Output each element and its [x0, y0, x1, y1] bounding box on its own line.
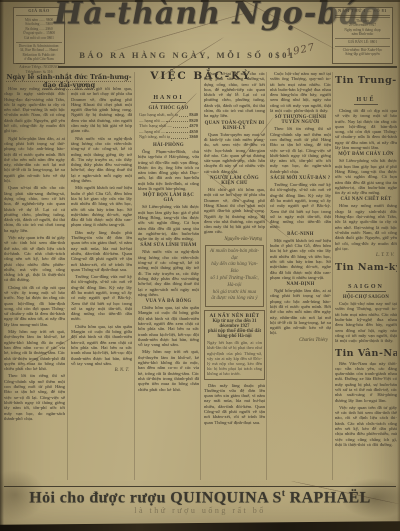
news-subhead: HỘI-CHỢ SAIGON — [335, 295, 397, 300]
column-3: HANOIGIÁ THÓC GẠOGạo hạng nhất, mỗi tạ8$… — [138, 85, 199, 482]
body-paragraph: Một người khách trú mở hiệu buôn ở phố C… — [71, 185, 132, 227]
section-header: Tin Trung-kỳ — [335, 75, 397, 86]
body-paragraph: Chúng tôi đã có dịp nói qua về việc ấy t… — [4, 285, 65, 327]
column-1: Hôm nay mồng mười tháng chạp là ngày sin… — [4, 86, 65, 482]
issue-box: NĂM THỨ I — SỐ 81 Thứ năm29 Décembre 192… — [332, 7, 393, 64]
column-rule — [67, 72, 68, 480]
news-subhead: CÁI NẠN CHẾT RÉT — [335, 197, 397, 202]
body-paragraph: Nghĩ bổn-phận làm dân, ai ai cũng phải b… — [4, 136, 65, 184]
news-subhead: HẢI-PHÒNG — [138, 143, 199, 148]
body-paragraph: Theo lời tin riêng thì sở Công-chánh sắp… — [270, 126, 331, 174]
body-paragraph: Nghĩ bổn-phận làm dân, ai ai cũng phải b… — [270, 288, 331, 336]
section-header: Tin Nam-kỳ — [335, 262, 397, 273]
ad-banner-subtext: là thứ rượu uống rất bổ — [2, 506, 398, 515]
body-paragraph: Cuộc hội-chợ năm nay mở tại vườn ông Thư… — [335, 301, 397, 343]
print-lines: GIÁ BÁN LẺ: 0$01 — [335, 38, 390, 46]
body-paragraph: Hôm nay mồng mười tháng chạp là ngày sin… — [335, 203, 397, 251]
banner-text-left: Hỏi cho được rượu QUINQUINA S — [29, 489, 282, 506]
column-5: Cuộc hội-chợ năm nay mở tại vườn ông Thư… — [270, 71, 331, 482]
news-subhead: MỘT BỌN LÀM BẠC GIẢ — [138, 193, 199, 203]
body-paragraph: Nhà nước vừa ra nghị-định tăng lương cho… — [138, 249, 199, 297]
scan-edge-bottom — [0, 521, 400, 531]
news-subhead: GIÁ THÓC GẠO — [138, 106, 199, 111]
page-body: Ngày lễ sinh-nhật đức Trần-hưng-đạo đại-… — [3, 70, 397, 484]
body-paragraph: Bên Vân-Nam dạo này thời-cục vẫn chưa yê… — [335, 361, 397, 403]
place-subhead: SAIGON — [335, 275, 397, 293]
publisher-lines: Chủ-nhiệm: Bùi-Xuân-HọcSáng-lập giữ bản-… — [335, 46, 390, 58]
news-subhead: SẮM SỬA LÍNH THÁM — [138, 243, 199, 248]
column-rule — [134, 72, 135, 480]
place-subhead: HUẾ — [335, 88, 397, 106]
news-subhead: BẮC-NINH — [270, 232, 331, 237]
banner-text-right: RAPHAËL — [285, 489, 370, 506]
issue-number: NĂM THỨ I — SỐ 81 — [335, 9, 390, 16]
body-paragraph: Theo lời tin riêng thì sở Công-chánh sắp… — [4, 373, 65, 421]
body-paragraph: Việc này quan trên đã tư giấy về các tỉn… — [335, 405, 397, 447]
column-2: Hồi chín giờ tối hôm qua, một cái xe hơi… — [71, 86, 132, 482]
news-subhead: SÁCH MỚI XUẤT-BẢN ? — [270, 176, 331, 181]
body-paragraph: Chúng tôi đã có dịp nói qua về việc ấy t… — [335, 108, 397, 150]
signature: Charles Thiéry — [270, 338, 328, 343]
body-paragraph: Mấy hôm nay trời rét quá, thợ-thuyền làm… — [4, 329, 65, 371]
place-subhead: HANOI — [138, 86, 199, 104]
masthead-line: năm Đinh-mão — [335, 32, 390, 37]
body-paragraph: Sở Liêm-phóng vừa bắt được một bọn làm g… — [138, 204, 199, 241]
body-paragraph: Trường Cao-đẳng vừa mở kỳ thi tốt-nghiệp… — [270, 182, 331, 230]
body-paragraph: Một người khách trú mở hiệu buôn ở phố C… — [270, 238, 331, 280]
admin-lines: Direction & Administration:34, Rue Richa… — [16, 42, 62, 63]
body-paragraph: Trường Cao-đẳng vừa mở kỳ thi tốt-nghiệp… — [71, 274, 132, 322]
body-paragraph: Hồi chín giờ tối hôm qua, một cái xe hơi… — [71, 86, 132, 134]
ad-box: Ai muốn buôn-bán phát-đạthãy đến cửa hàn… — [205, 245, 264, 307]
notice-box: AI NẤY NÊN BIẾTKíp từ nay cho đến 31 déc… — [204, 310, 265, 379]
body-paragraph: Cuộc hội-chợ năm nay mở tại vườn ông Thư… — [270, 71, 331, 113]
body-paragraph: Mấy hôm nay trời rét quá, thợ-thuyền làm… — [138, 349, 199, 391]
signature: B. N. T. — [71, 368, 129, 373]
masthead-line: GIÁ BÁN LẺ: 0$01 — [335, 40, 390, 45]
signature: L. T. T. V. — [335, 253, 394, 258]
masthead-rule — [58, 66, 397, 68]
scan-edge-left — [0, 0, 4, 531]
masthead-line: Adresse Télégr.: NGOBAO — [16, 65, 62, 70]
masthead-line: ở đầu phố Cửa-Nam — [16, 57, 62, 62]
signature: Nguyễn-văn-Vượng — [204, 237, 262, 242]
body-paragraph: Dân mấy làng thuộc phủ Thường-tín vừa đệ… — [71, 230, 132, 272]
masthead-line: Sáng-lập giữ bản-quyền — [335, 52, 390, 57]
date-lines: Thứ năm29 Décembre 1927Ngày mồng 6 tháng… — [335, 17, 390, 38]
news-subhead: QUAN TOÀN-QUYỀN ĐI KINH-LÝ — [204, 121, 265, 131]
column-6: Tin Trung-kỳHUẾChúng tôi đã có dịp nói q… — [335, 71, 397, 482]
section-header: Tin Vân-Nam — [335, 348, 397, 359]
news-subhead: MỘT ĐÁM CHÁY LỚN — [335, 152, 397, 157]
body-paragraph: Ông Phạm-văn-Bính, chủ hiệu tạp-hóa ở Hả… — [138, 149, 199, 191]
column-4: Quan sở-tại đã sức cho các làng phải sửa… — [204, 71, 265, 482]
body-paragraph: Hôm nay mồng mười tháng chạp là ngày sin… — [4, 86, 65, 134]
news-subhead: VUA VÀ ĐÁ BÓNG — [138, 299, 199, 304]
body-paragraph: Chiều hôm qua, tại sân quần Mangin có cu… — [138, 305, 199, 347]
body-paragraph: Dân mấy làng thuộc phủ Thường-tín vừa đệ… — [204, 383, 265, 425]
body-paragraph: Việc này quan trên đã tư giấy về các tỉn… — [4, 235, 65, 283]
column-rule — [332, 72, 333, 480]
body-paragraph: Quan sở-tại đã sức cho các làng phải sửa… — [4, 185, 65, 233]
news-subhead: NAM-ĐỊNH — [270, 282, 331, 287]
column-rule — [266, 72, 267, 480]
news-subhead: SỞ THƯƠNG-CHÍNH TUYỂN NGƯỜI — [270, 115, 331, 125]
body-paragraph: Chiều hôm qua, tại sân quần Mangin có cu… — [71, 324, 132, 366]
column-rule — [200, 72, 201, 480]
body-paragraph: Nhà nước vừa ra nghị-định tăng lương cho… — [71, 136, 132, 184]
masthead-line: Giá mỗi số con 0$01 — [16, 36, 62, 41]
body-paragraph: Quan sở-tại đã sức cho các làng phải sửa… — [204, 71, 265, 119]
banner-rule — [4, 486, 396, 487]
newspaper-page: GIÁ BÁO Một năm ....... 9$00Sáu tháng ..… — [0, 0, 400, 531]
price-table: Gạo hạng nhất, mỗi tạ8$40— hạng nhì —8$2… — [139, 112, 198, 140]
scan-edge-top — [0, 0, 400, 2]
masthead: GIÁ BÁO Một năm ....... 9$00Sáu tháng ..… — [2, 2, 398, 66]
body-paragraph: Sở Liêm-phóng vừa bắt được một bọn làm g… — [335, 158, 397, 195]
